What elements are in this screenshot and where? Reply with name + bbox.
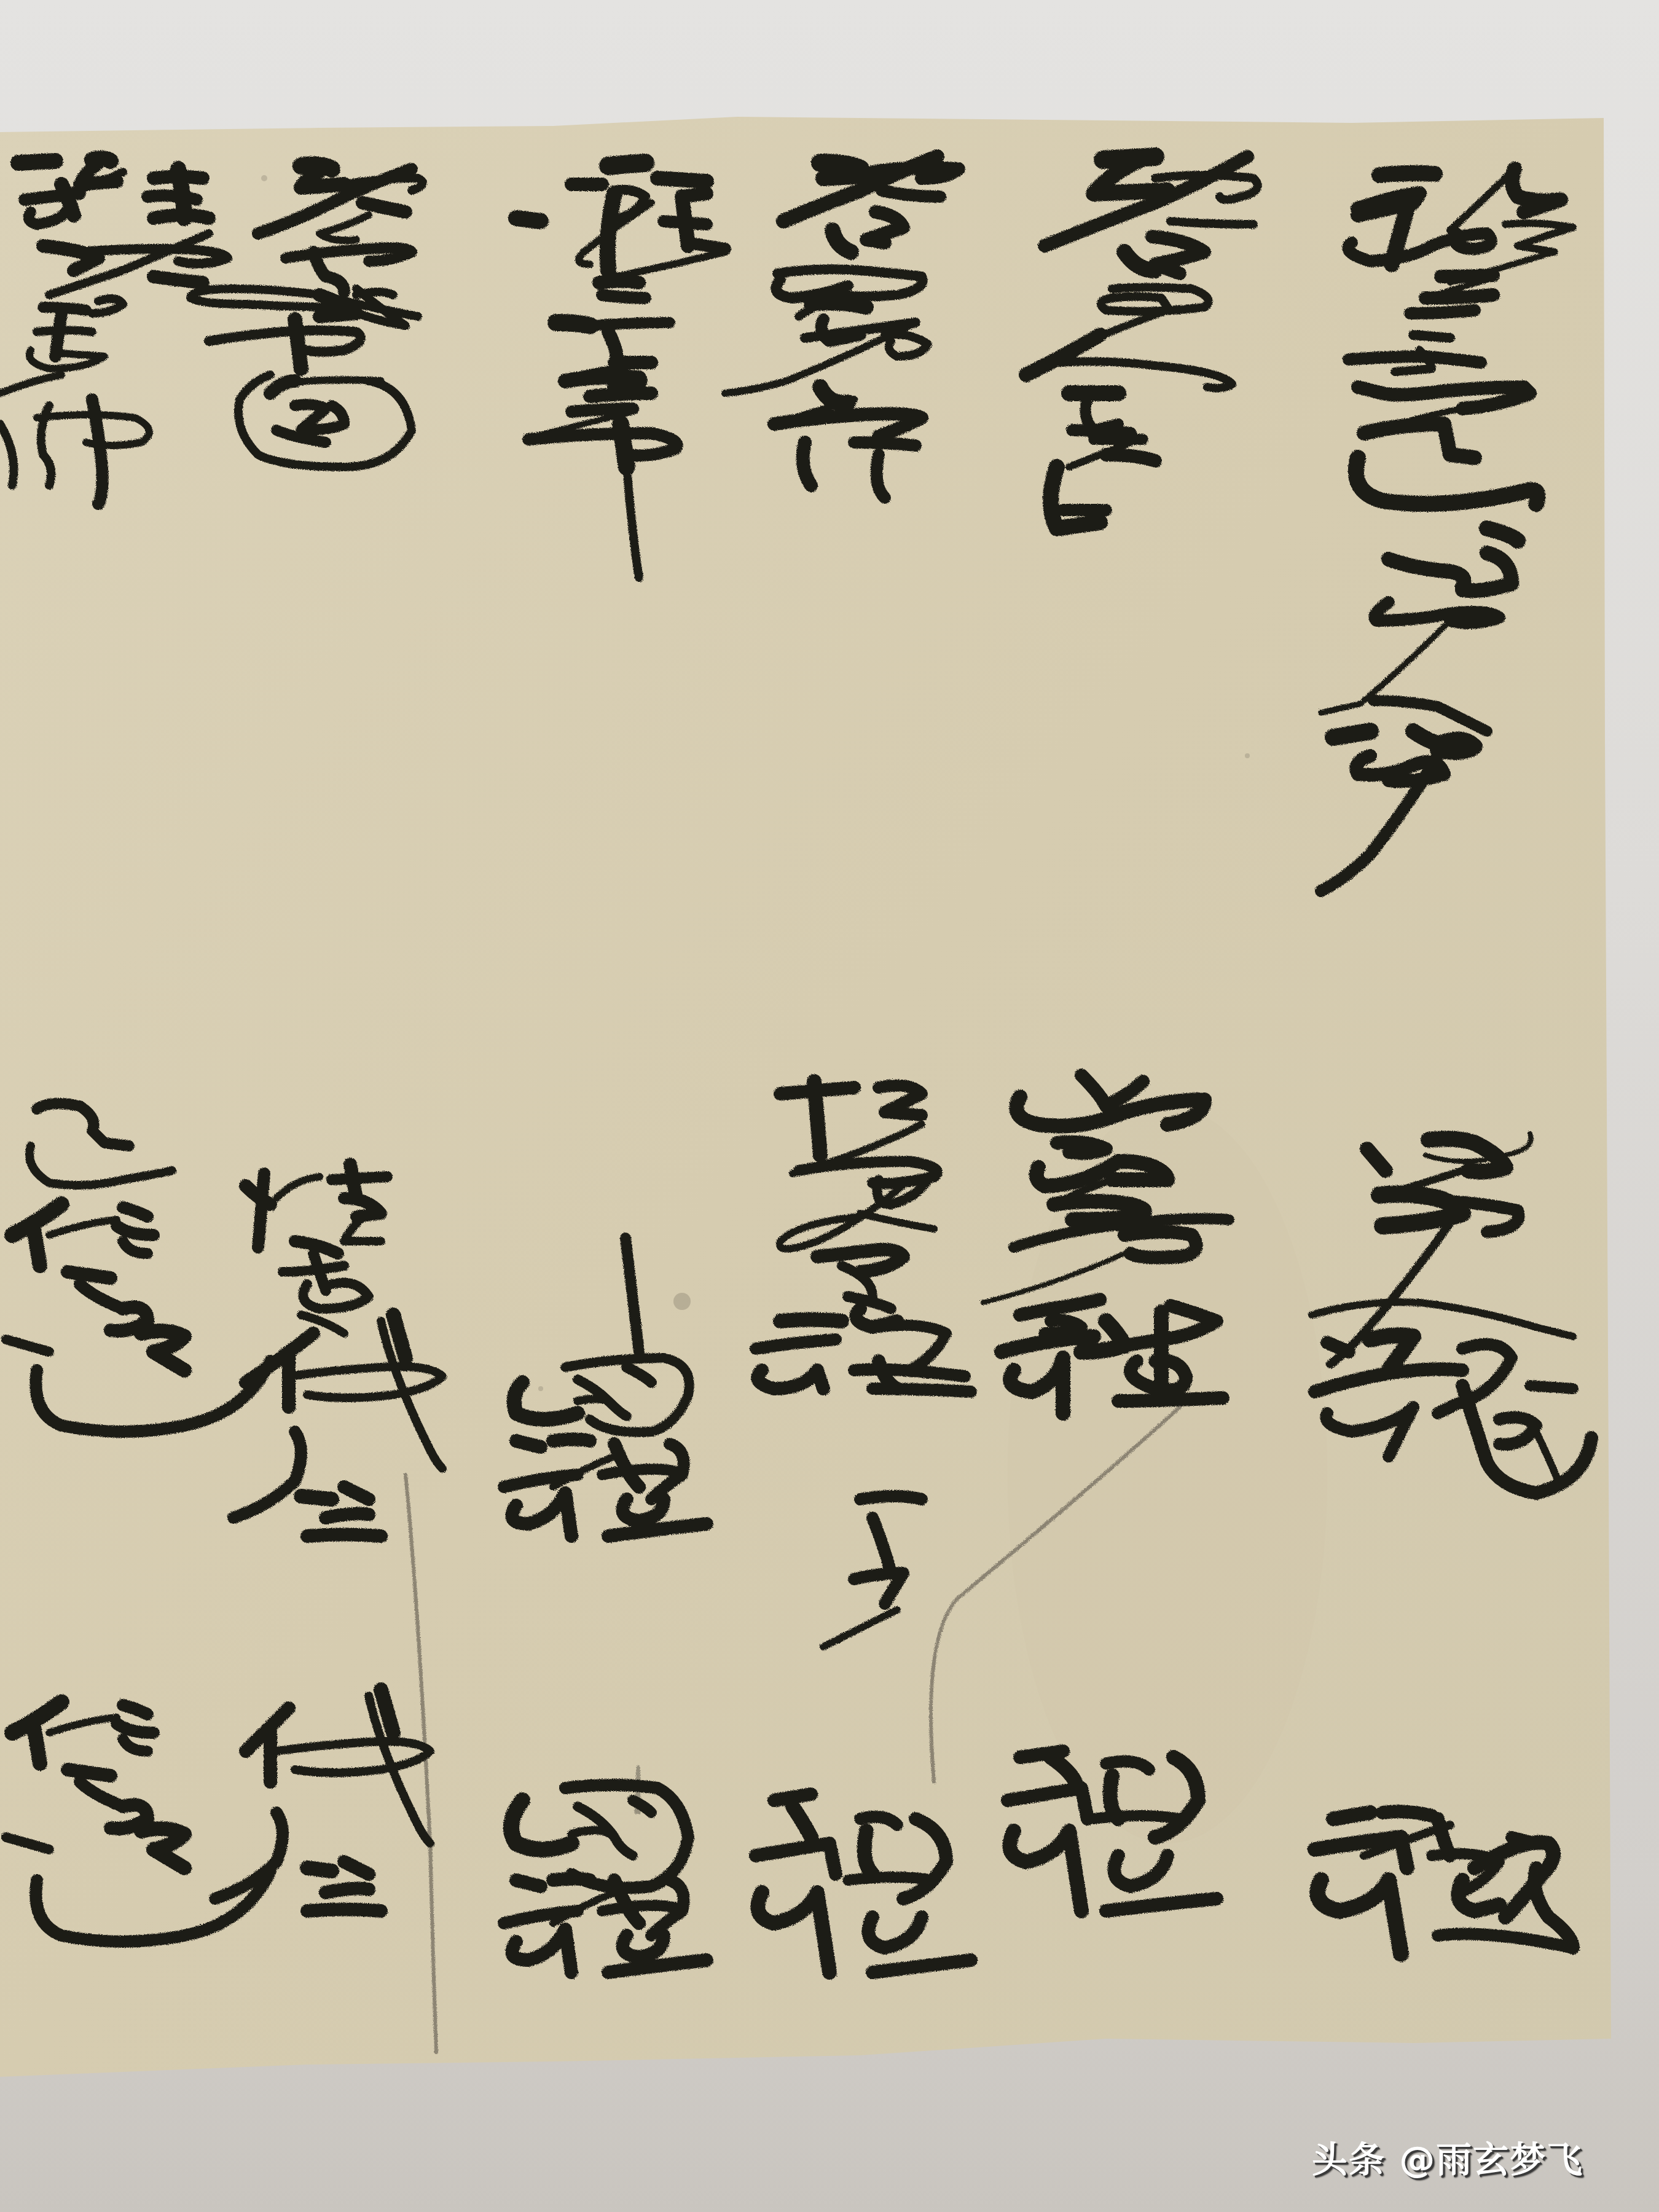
calligraphy-sheet: 头条 @雨玄梦飞 难三云道得为人难 功名得为人去母忌等难 太得为男六情人足难 小… [0,0,1659,2212]
paper-and-ink [0,0,1659,2212]
watermark: 头条 @雨玄梦飞 [1312,2131,1583,2183]
